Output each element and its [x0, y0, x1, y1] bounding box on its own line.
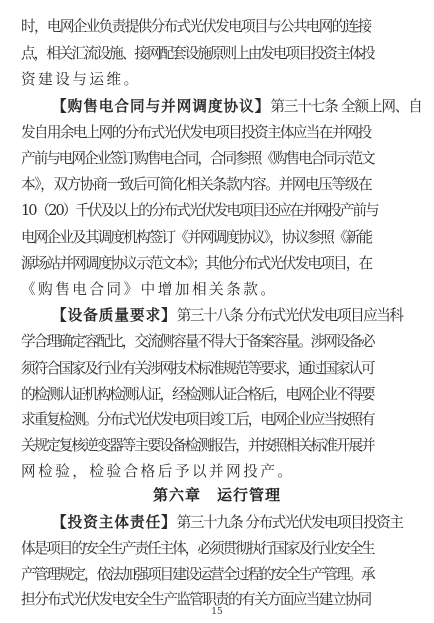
text-line: 电网企业及其调度机构签订《并网调度协议》，协议参照《新能: [21, 229, 371, 247]
text-line: 源场站并网调度协议示范文本》；其他分布式光伏发电项目，在: [21, 255, 371, 273]
article-38-first-line: 【设备质量要求】第三十八条 分布式光伏发电项目应当科: [52, 307, 371, 325]
text-line: 须符合国家及行业有关涉网技术标准规范等要求，通过国家认可: [21, 360, 371, 378]
text-line: 资建设与运维。: [21, 71, 371, 89]
text-line: 学合理确定容配比，交流侧容量不得大于备案容量。涉网设备必: [21, 333, 371, 351]
document-page: 时，电网企业负责提供分布式光伏发电项目与公共电网的连接 点，相关汇流设施、接网配…: [0, 0, 434, 623]
text-line: 产前与电网企业签订购售电合同，合同参照《购售电合同示范文: [21, 150, 371, 168]
article-39-first-line: 【投资主体责任】第三十九条 分布式光伏发电项目投资主: [52, 514, 371, 532]
text-line: 求重复检测。分布式光伏发电项目竣工后，电网企业应当按照有: [21, 411, 371, 429]
text-line: 《购售电合同》中增加相关条款。: [21, 281, 371, 299]
text-line: 关规定复核逆变器等主要设备检测报告，并按照相关标准开展并: [21, 437, 371, 455]
text-line: 网检验，检验合格后予以并网投产。: [21, 463, 371, 481]
article-number-text: 第三十七条 全额上网、自: [270, 98, 421, 115]
chapter-title: 第六章 运行管理: [0, 484, 434, 505]
article-number-text: 第三十八条 分布式光伏发电项目应当科: [177, 307, 403, 324]
text-line: 体是项目的安全生产责任主体，必须贯彻执行国家及行业安全生: [21, 540, 371, 558]
article-heading: 【投资主体责任】: [52, 514, 177, 531]
text-line: 10（20）千伏及以上的分布式光伏发电项目还应在并网投产前与: [21, 202, 371, 220]
article-37-first-line: 【购售电合同与并网调度协议】第三十七条 全额上网、自: [52, 98, 371, 116]
article-number-text: 第三十九条 分布式光伏发电项目投资主: [177, 514, 403, 531]
article-heading: 【设备质量要求】: [52, 307, 177, 324]
text-line: 产管理规定，依法加强项目建设运营全过程的安全生产管理。承: [21, 566, 371, 584]
article-heading: 【购售电合同与并网调度协议】: [52, 98, 270, 115]
page-number: 15: [0, 607, 434, 617]
text-line: 时，电网企业负责提供分布式光伏发电项目与公共电网的连接: [21, 18, 371, 36]
text-line: 发自用余电上网的分布式光伏发电项目投资主体应当在并网投: [21, 124, 371, 142]
text-line: 的检测认证机构检测认证，经检测认证合格后，电网企业不得要: [21, 386, 371, 404]
text-line: 本》，双方协商一致后可简化相关条款内容。并网电压等级在: [21, 176, 371, 194]
text-line: 点，相关汇流设施、接网配套设施原则上由发电项目投资主体投: [21, 45, 371, 63]
